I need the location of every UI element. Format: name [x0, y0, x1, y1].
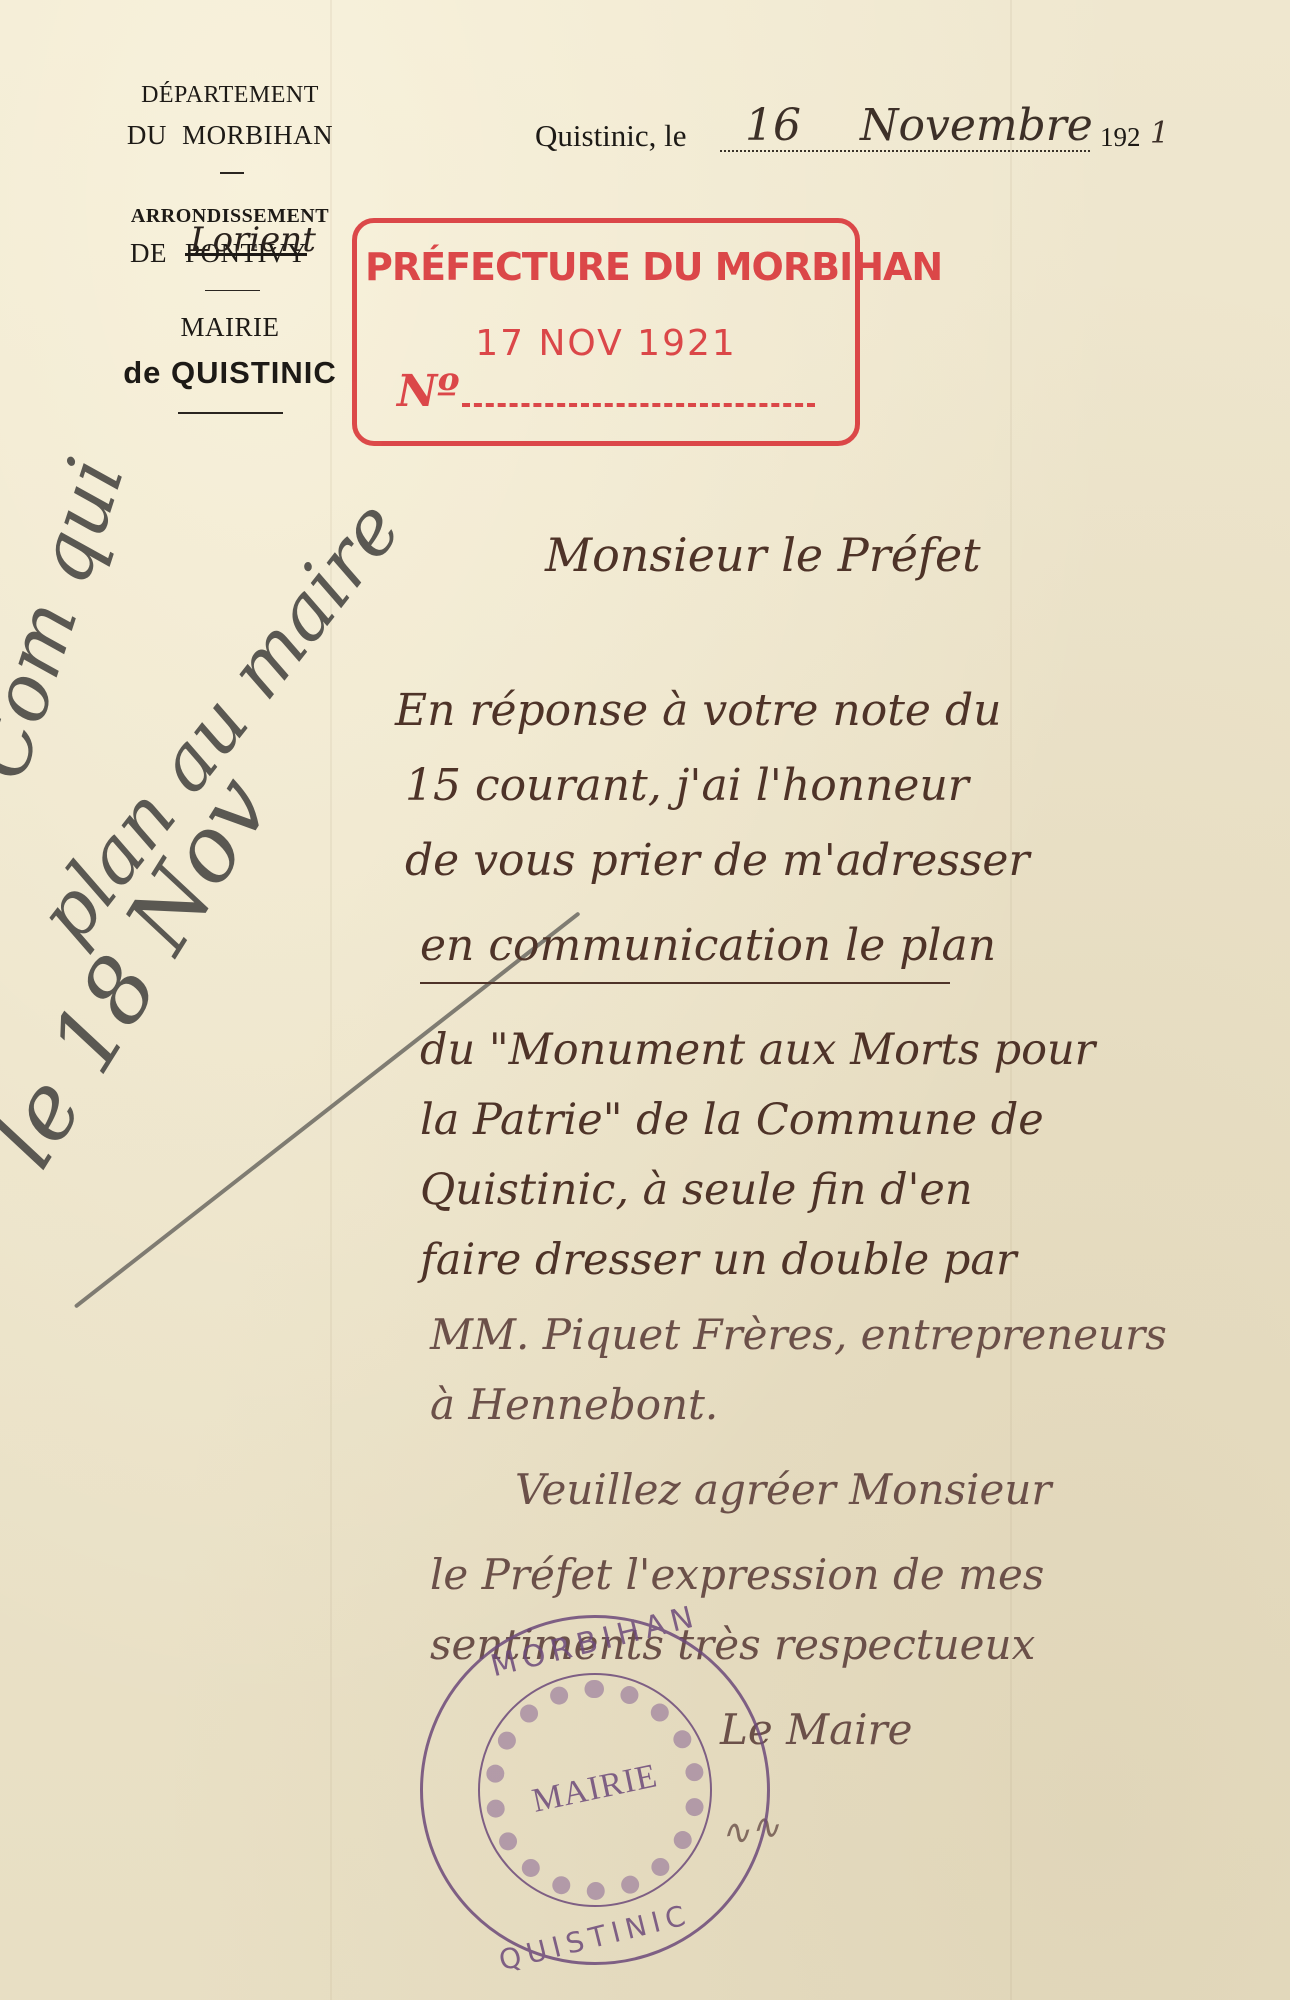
letter-body-line: à Hennebont.: [430, 1380, 718, 1429]
letter-closing-line: Veuillez agréer Monsieur: [515, 1465, 1051, 1514]
dateline-month: Novembre: [860, 100, 1093, 151]
mairie-seal: MORBIHAN MAIRIE QUISTINIC: [420, 1615, 770, 1965]
stamp-title: PRÉFECTURE DU MORBIHAN: [365, 245, 847, 289]
underline-en-communication: [420, 982, 950, 984]
letterhead-mairie: MAIRIE: [90, 312, 370, 343]
letterhead-de: DE: [130, 238, 167, 269]
letterhead-morbihan: DU MORBIHAN: [90, 120, 370, 151]
letter-salutation: Monsieur le Préfet: [545, 528, 981, 582]
letter-body-line: en communication le plan: [420, 920, 996, 971]
paper-fold: [330, 0, 332, 2000]
letter-body-line: de vous prier de m'adresser: [405, 835, 1030, 886]
letter-body-line: faire dresser un double par: [420, 1235, 1017, 1285]
stamp-number-label: Nº: [397, 366, 459, 417]
letterhead-wavy-divider: [205, 290, 260, 291]
letter-body-line: la Patrie" de la Commune de: [420, 1095, 1044, 1145]
dateline-day: 16: [745, 100, 801, 151]
letterhead-department: DÉPARTEMENT: [90, 82, 370, 109]
prefecture-received-stamp: PRÉFECTURE DU MORBIHAN 17 NOV 1921 Nº: [352, 218, 860, 446]
annotation-line-1: Com qui: [0, 448, 142, 790]
letter-body-line: 15 courant, j'ai l'honneur: [405, 760, 969, 811]
letterhead-handwritten-correction: Lorient: [190, 220, 316, 260]
letter-body-line: du "Monument aux Morts pour: [420, 1025, 1095, 1075]
letterhead-quistinic: de QUISTINIC: [90, 355, 370, 391]
stamp-date: 17 NOV 1921: [357, 323, 855, 364]
letter-body-line: En réponse à votre note du: [395, 685, 1001, 736]
dateline-year-digit: 1: [1150, 116, 1169, 151]
dateline-year: 192: [1100, 122, 1141, 153]
letter-page: DÉPARTEMENT DU MORBIHAN ARRONDISSEMENT D…: [0, 0, 1290, 2000]
letterhead-divider: [220, 172, 244, 174]
letterhead-ornament-divider: [178, 412, 283, 414]
letter-body-line: MM. Piquet Frères, entrepreneurs: [430, 1310, 1167, 1359]
letter-body-line: Quistinic, à seule fin d'en: [420, 1165, 973, 1215]
stamp-number-line: [462, 403, 815, 407]
dateline-prefix: Quistinic, le: [535, 118, 687, 154]
paper-fold: [1010, 0, 1012, 2000]
